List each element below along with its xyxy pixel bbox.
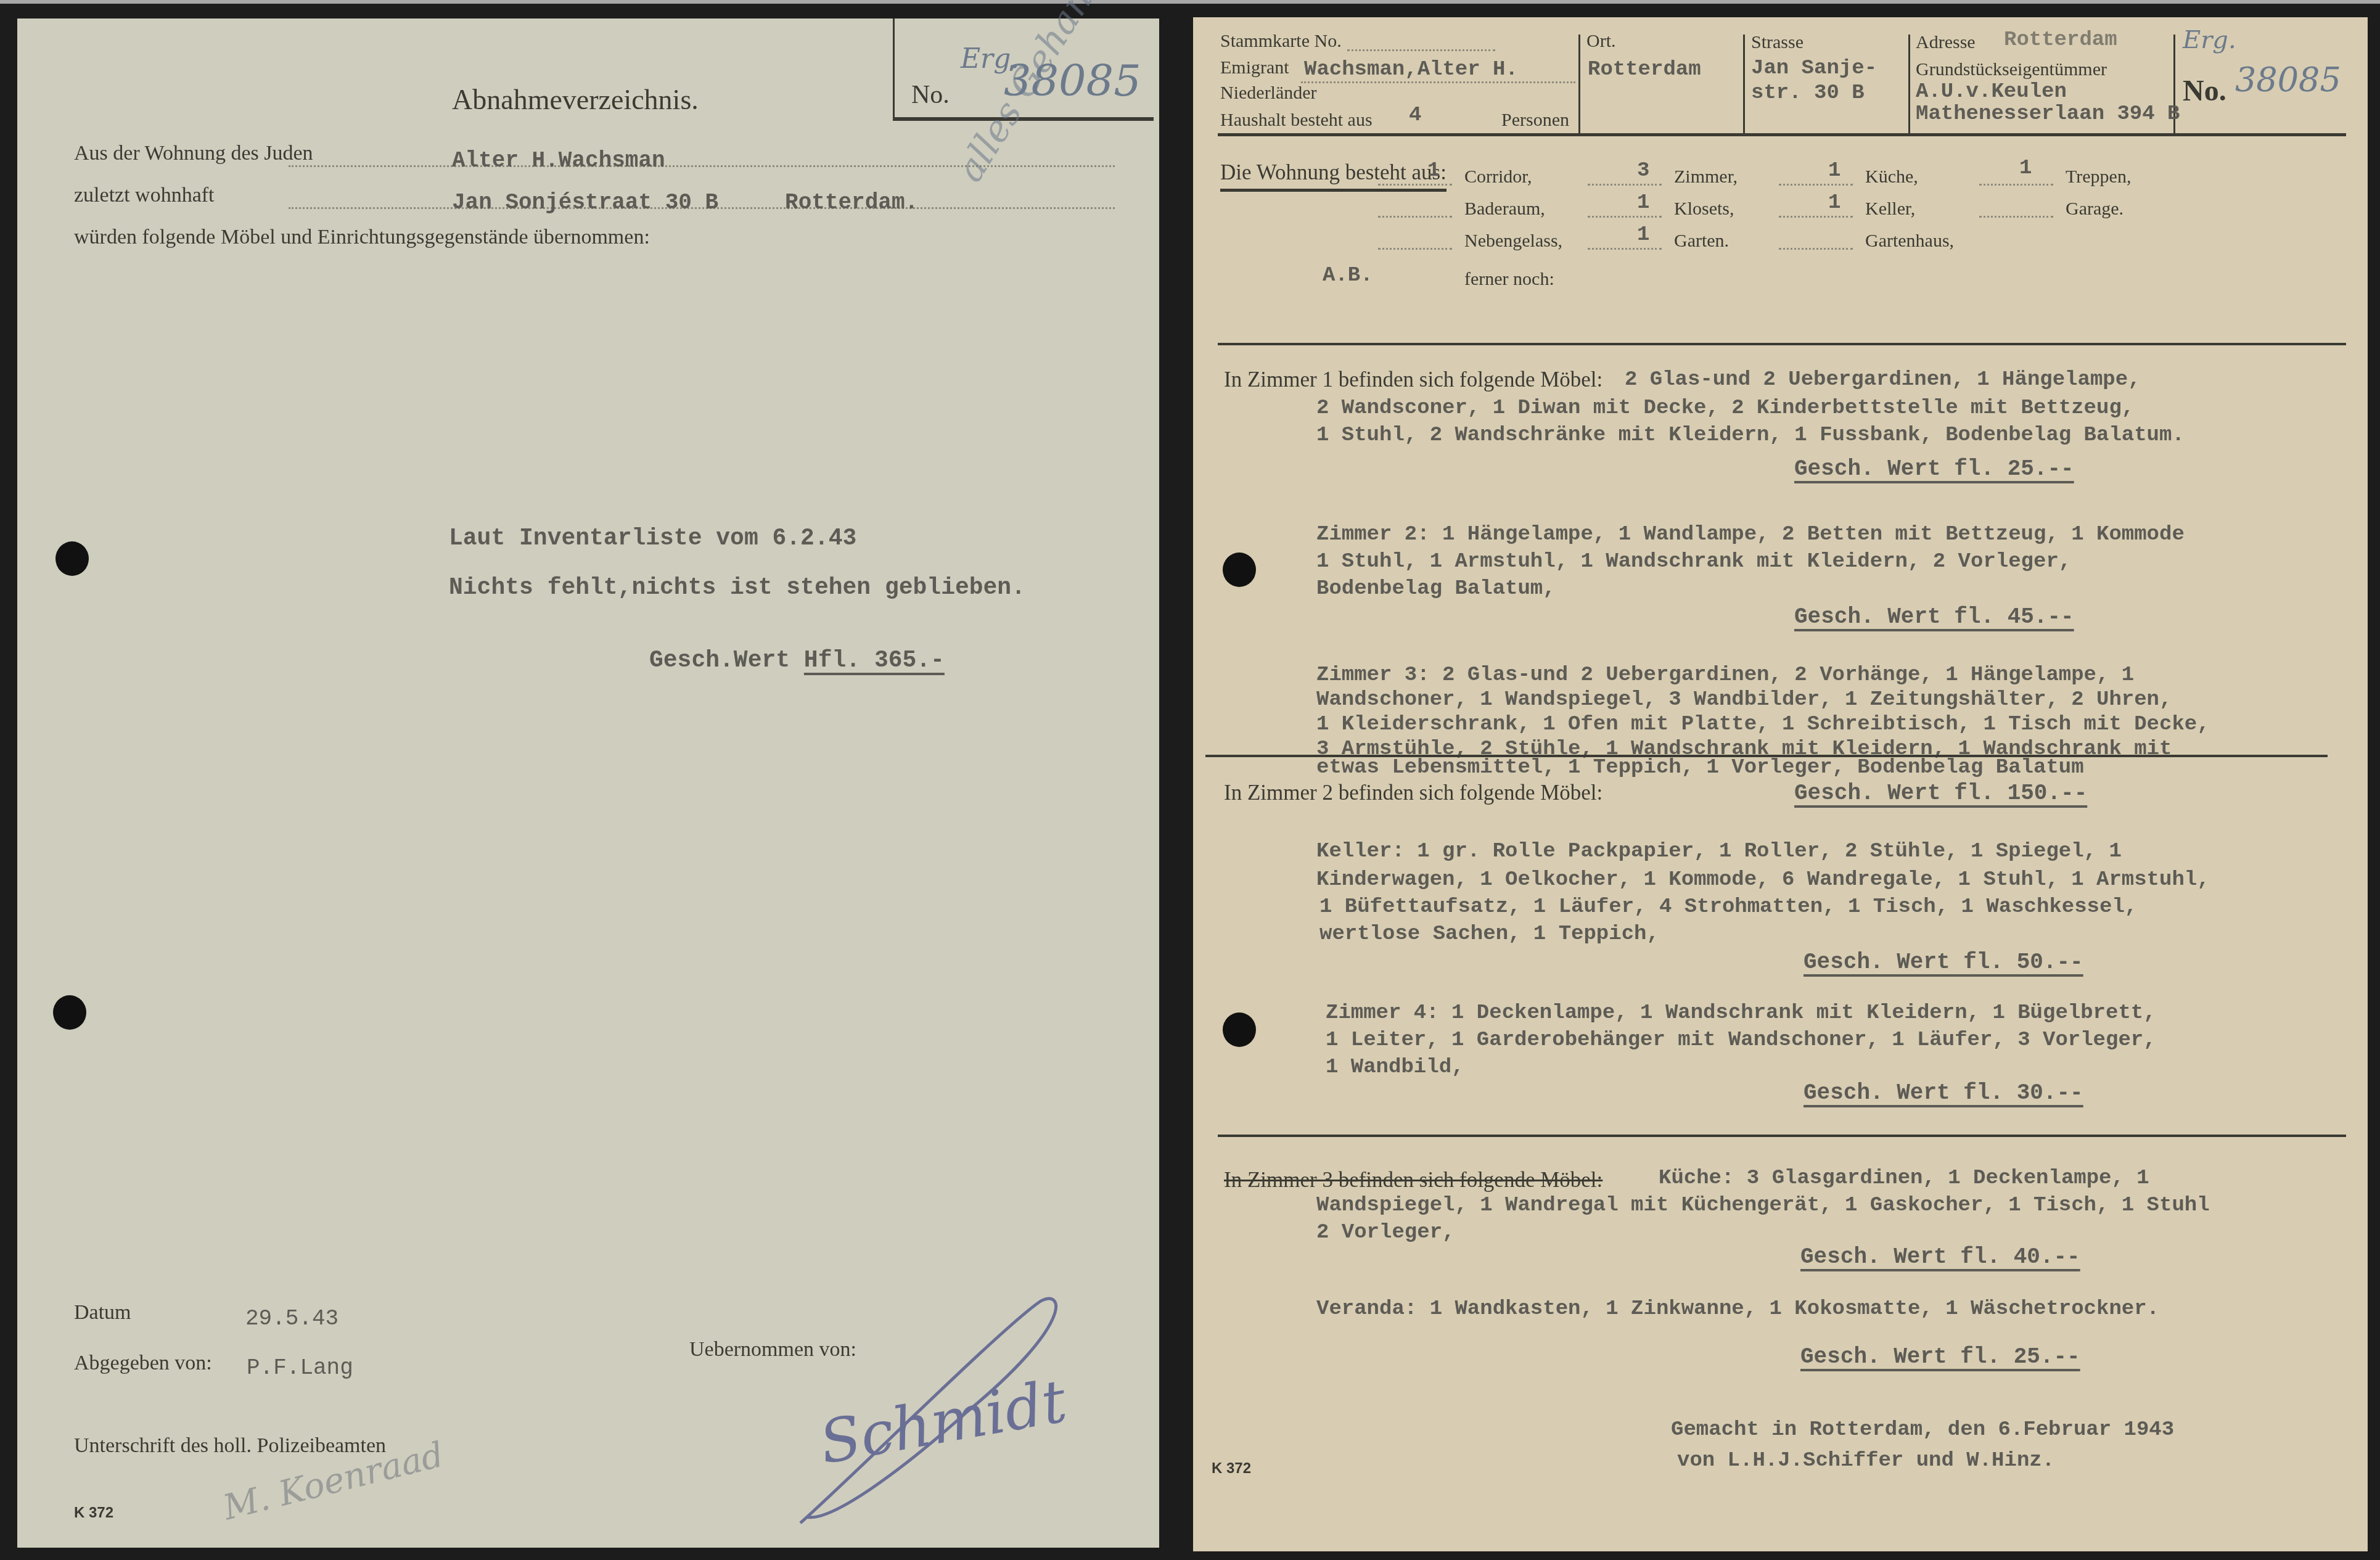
room-4-line-1: Zimmer 4: 1 Deckenlampe, 1 Wandschrank m… [1326, 999, 2156, 1027]
emigrant-line [1301, 81, 1575, 83]
closing-line-1: Gemacht in Rotterdam, den 6.Februar 1943 [1671, 1416, 2174, 1444]
number-label: No. [2183, 74, 2226, 108]
right-page-inventory-list: Stammkarte No. Emigrant Wachsman,Alter H… [1193, 17, 2368, 1551]
room-4-line-2: 1 Leiter, 1 Garderobehänger mit Wandscho… [1326, 1026, 2156, 1054]
room-label: Treppen, [2066, 166, 2131, 187]
handed-by-label: Abgegeben von: [74, 1352, 212, 1375]
room-label: Küche, [1865, 166, 1918, 187]
count-line [1979, 184, 2053, 186]
form-code: K 372 [1212, 1460, 1251, 1477]
strasse-value-1: Jan Sanje- [1751, 57, 1877, 80]
count-line [1979, 216, 2053, 218]
closing-line-2: von L.H.J.Schiffer und W.Hinz. [1677, 1447, 2054, 1475]
room-label: Nebengelass, [1464, 231, 1562, 252]
count-line [1588, 248, 1662, 250]
further-label: ferner noch: [1464, 269, 1554, 290]
count-line [1378, 216, 1452, 218]
room-count: 1 [1637, 191, 1649, 215]
kitchen-line-2: Wandspiegel, 1 Wandregal mit Küchengerät… [1316, 1191, 2210, 1220]
room-2-line-3: Bodenbelag Balatum, [1316, 575, 1556, 603]
page-title: Abnahmeverzeichnis. [452, 83, 699, 116]
room-1-label: In Zimmer 1 befinden sich folgende Möbel… [1224, 367, 1602, 392]
room-2-printed-label: In Zimmer 2 befinden sich folgende Möbel… [1224, 781, 1602, 805]
section-rule [1218, 1135, 2346, 1137]
header-col-divider [1908, 35, 1910, 134]
emigrant-label: Emigrant [1220, 57, 1289, 78]
date-value: 29.5.43 [245, 1306, 339, 1331]
count-line [1588, 216, 1662, 218]
veranda-line-1: Veranda: 1 Wandkasten, 1 Zinkwanne, 1 Ko… [1316, 1295, 2159, 1323]
residence-value: Jan Sonjéstraat 30 B Rotterdam. [452, 190, 918, 215]
count-line [1588, 184, 1662, 186]
room-count: 1 [1828, 159, 1840, 183]
header-col-divider [1578, 35, 1580, 134]
emigrant-value: Wachsman,Alter H. [1304, 58, 1518, 81]
kitchen-value: Gesch. Wert fl. 40.-- [1800, 1244, 2080, 1270]
number-label: No. [911, 80, 950, 110]
room-count: 3 [1637, 159, 1649, 183]
room-label: Gartenhaus, [1865, 231, 1954, 252]
cellar-line-4: wertlose Sachen, 1 Teppich, [1319, 920, 1659, 948]
room-1-line-3: 1 Stuhl, 2 Wandschränke mit Kleidern, 1 … [1316, 421, 2185, 450]
room-label: Garten. [1674, 231, 1729, 252]
count-line [1779, 248, 1853, 250]
count-line [1779, 184, 1853, 186]
signature-stroke-icon [782, 1289, 1102, 1535]
household-count: 4 [1409, 104, 1421, 127]
taken-label: würden folgende Möbel und Einrichtungsge… [74, 226, 650, 249]
room-count: 1 [1828, 191, 1840, 215]
room-label: Baderaum, [1464, 199, 1545, 220]
room-4-value: Gesch. Wert fl. 30.-- [1803, 1080, 2083, 1106]
handed-by-value: P.F.Lang [247, 1355, 353, 1381]
strasse-label: Strasse [1751, 32, 1803, 53]
stammkarte-line [1347, 49, 1495, 51]
room-1-value: Gesch. Wert fl. 25.-- [1794, 456, 2074, 482]
number-value: 38085 [2235, 60, 2341, 99]
top-edge [0, 0, 2380, 4]
strasse-value-2: str. 30 B [1751, 81, 1865, 105]
ort-value: Rotterdam [1588, 58, 1701, 81]
room-2-line-2: 1 Stuhl, 1 Armstuhl, 1 Wandschrank mit K… [1316, 548, 2071, 576]
room-2-line-1: Zimmer 2: 1 Hängelampe, 1 Wandlampe, 2 B… [1316, 520, 2185, 549]
jew-label: Aus der Wohnung des Juden [74, 142, 313, 165]
room-label: Keller, [1865, 199, 1915, 220]
header-col-divider [1743, 35, 1745, 134]
room-3-value: Gesch. Wert fl. 150.-- [1794, 781, 2087, 806]
owner-value-1: A.U.v.Keulen [1916, 80, 2067, 104]
count-line [1378, 184, 1452, 186]
owner-value-2: Mathenesserlaan 394 B [1916, 102, 2180, 126]
count-line [1779, 216, 1853, 218]
household-label: Haushalt besteht aus [1220, 110, 1373, 131]
kitchen-line-1: Küche: 3 Glasgardinen, 1 Deckenlampe, 1 [1659, 1164, 2149, 1193]
room-2-value: Gesch. Wert fl. 45.-- [1794, 604, 2074, 630]
room-label: Garage. [2066, 199, 2124, 220]
cellar-line-3: 1 Büfettaufsatz, 1 Läufer, 4 Strohmatten… [1319, 893, 2137, 921]
room-1-line-1: 2 Glas-und 2 Uebergardinen, 1 Hängelampe… [1625, 366, 2141, 394]
adresse-label: Adresse [1916, 32, 1976, 53]
dwelling-label: Die Wohnung besteht aus: [1220, 160, 1446, 192]
punch-hole-icon [1223, 1012, 1256, 1047]
cellar-value: Gesch. Wert fl. 50.-- [1803, 950, 2083, 975]
value-label: Gesch.Wert [649, 647, 790, 674]
value-amount: Hfl. 365.- [804, 647, 945, 674]
room-count: 1 [1427, 159, 1440, 183]
number-prefix-handwritten: Erg. [2183, 26, 2236, 54]
room-label: Zimmer, [1674, 166, 1738, 187]
punch-hole-icon [55, 541, 89, 576]
police-signature-label: Unterschrift des holl. Polizeibeamten [74, 1434, 386, 1458]
room-3-line-5: etwas Lebensmittel, 1 Teppich, 1 Vorlege… [1316, 753, 2084, 782]
kitchen-line-3: 2 Vorleger, [1316, 1218, 1455, 1247]
owner-label: Grundstückseigentümmer [1916, 59, 2107, 80]
veranda-value: Gesch. Wert fl. 25.-- [1800, 1344, 2080, 1369]
punch-hole-icon [1223, 552, 1256, 587]
form-code: K 372 [74, 1505, 113, 1522]
total-value: Gesch.Wert Hfl. 365.- [649, 647, 945, 674]
date-label: Datum [74, 1301, 131, 1324]
cellar-line-2: Kinderwagen, 1 Oelkocher, 1 Kommode, 6 W… [1316, 866, 2210, 894]
punch-hole-icon [53, 995, 86, 1030]
room-4-line-3: 1 Wandbild, [1326, 1053, 1464, 1082]
ort-label: Ort. [1586, 31, 1616, 52]
inventory-reference: Laut Inventarliste vom 6.2.43 [449, 525, 856, 552]
nationality-value: Niederländer [1220, 83, 1317, 104]
jew-value: Alter H.Wachsman [452, 148, 665, 173]
adresse-value: Rotterdam [2004, 28, 2117, 52]
room-label: Corridor, [1464, 166, 1532, 187]
left-page-abnahmeverzeichnis: Abnahmeverzeichnis. Erg. No. 38085 Aus d… [17, 18, 1159, 1548]
room-label: Klosets, [1674, 199, 1734, 220]
nothing-missing-note: Nichts fehlt,nichts ist stehen geblieben… [449, 575, 1025, 601]
room-3-printed-label: In Zimmer 3 befinden sich folgende Möbel… [1224, 1168, 1602, 1193]
stammkarte-label: Stammkarte No. [1220, 31, 1342, 52]
room-1-line-2: 2 Wandsconer, 1 Diwan mit Decke, 2 Kinde… [1316, 394, 2134, 422]
room-count: 1 [1637, 223, 1649, 247]
dwelling-initials: A.B. [1323, 264, 1373, 287]
header-rule [1218, 133, 2346, 136]
cellar-line-1: Keller: 1 gr. Rolle Packpapier, 1 Roller… [1316, 837, 2122, 866]
room-count: 1 [2019, 157, 2032, 180]
section-rule [1218, 343, 2346, 345]
residence-label: zuletzt wohnhaft [74, 184, 215, 207]
count-line [1378, 248, 1452, 250]
household-unit: Personen [1501, 110, 1569, 131]
